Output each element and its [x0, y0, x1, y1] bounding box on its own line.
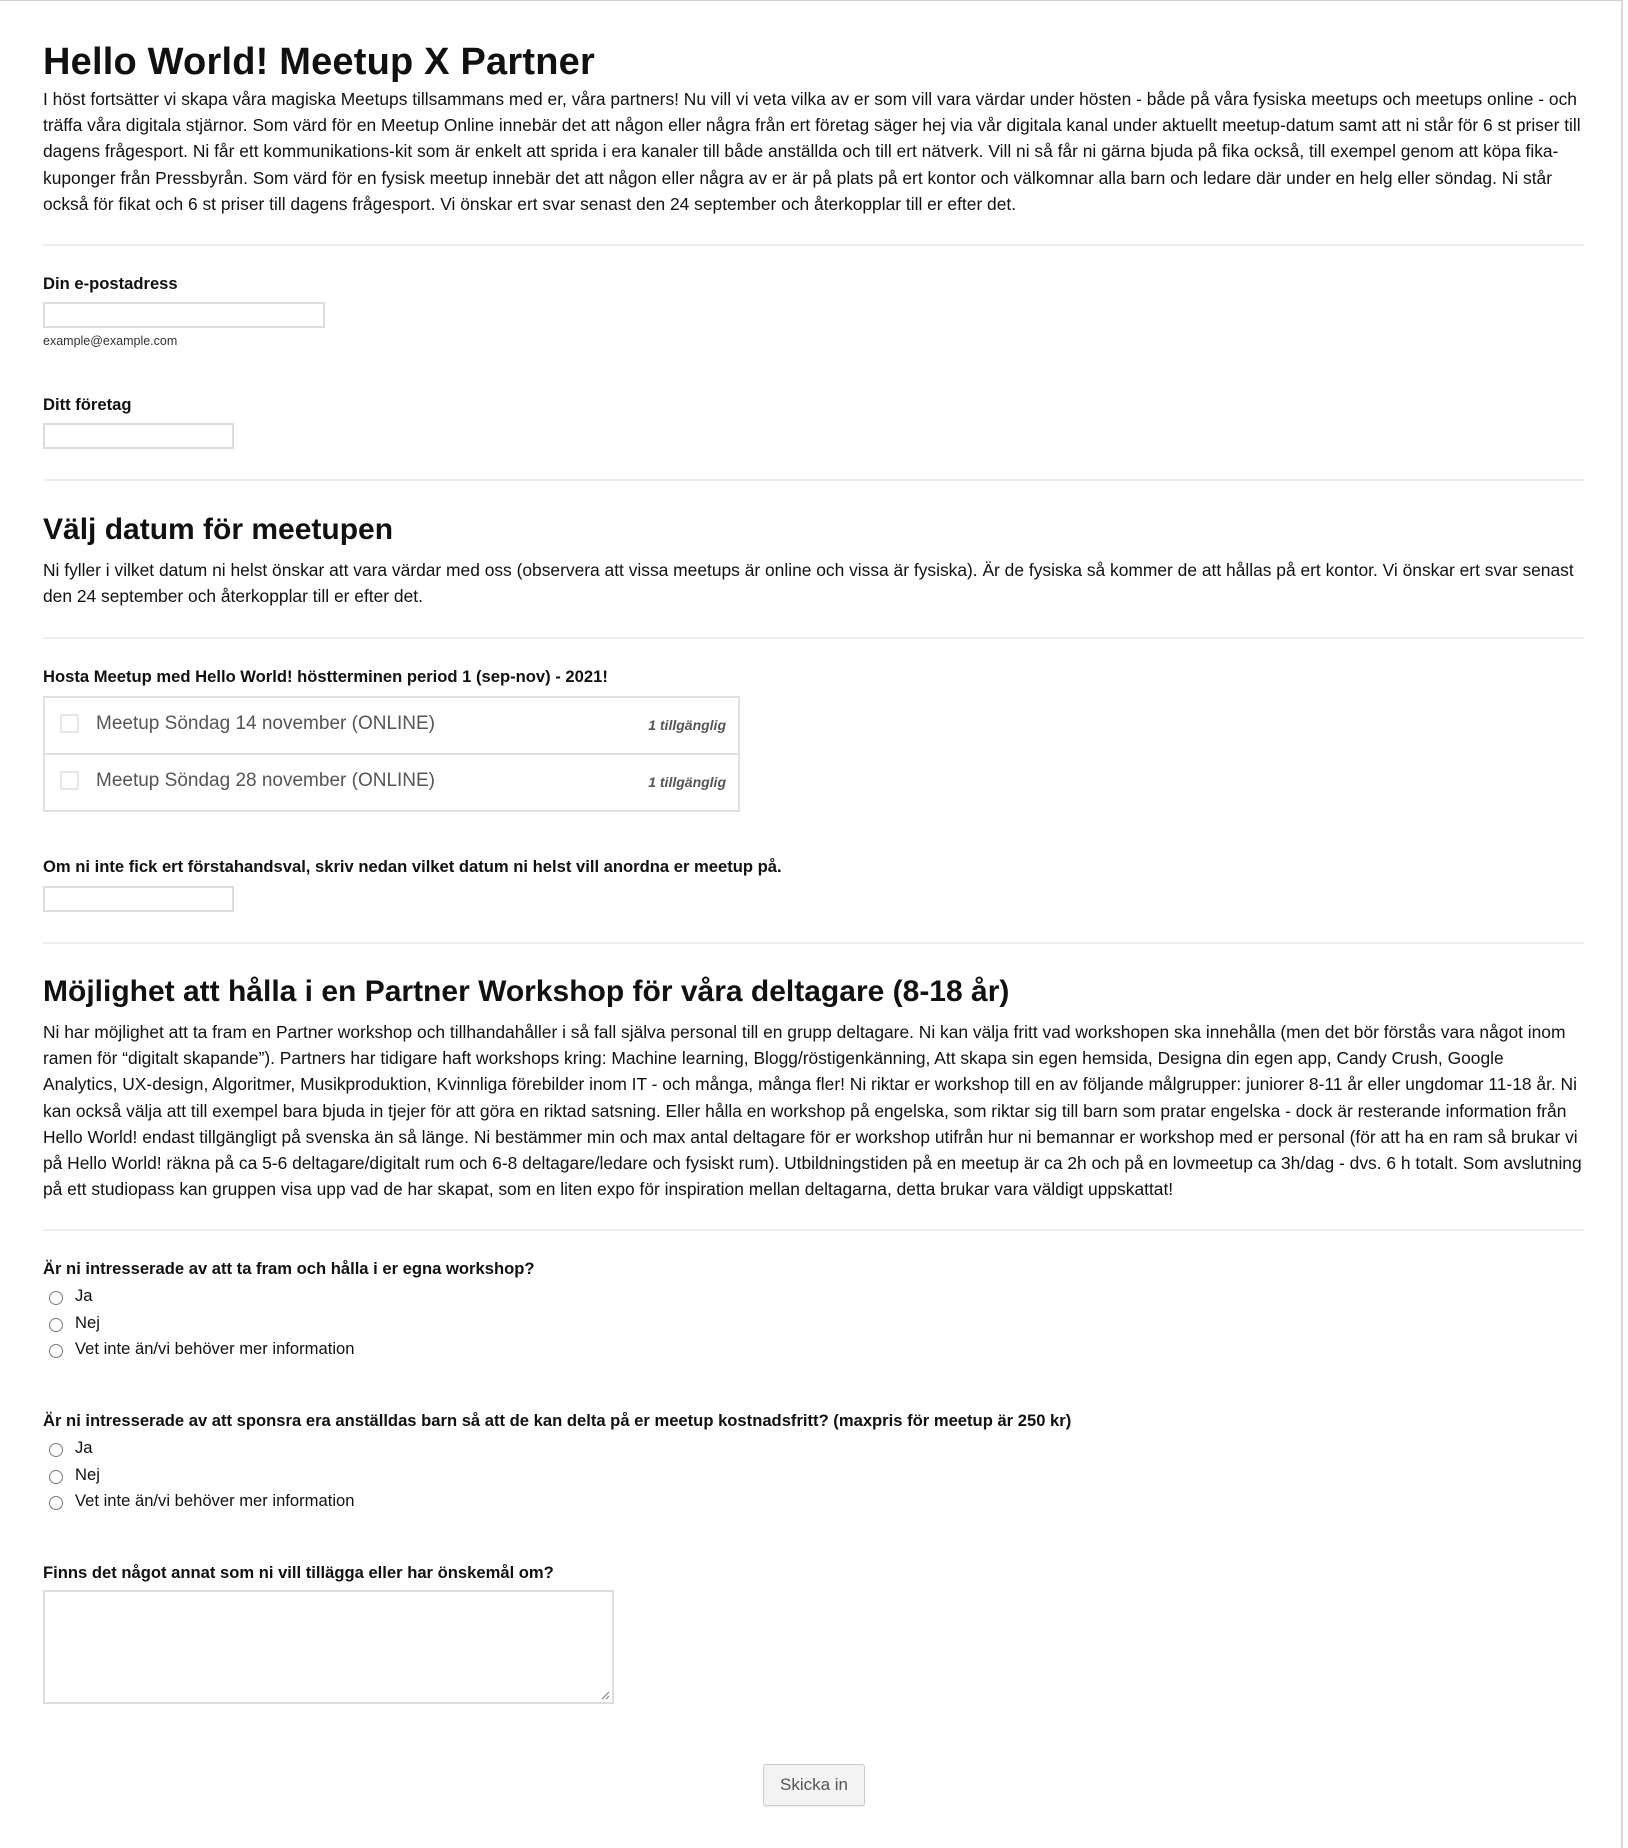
intro-line: träffa våra digitala stjärnor. Som värd …	[43, 112, 1581, 138]
comments-label: Finns det något annat som ni vill tilläg…	[43, 1563, 554, 1583]
workshop-desc-line: Ni har möjlighet att ta fram en Partner …	[43, 1019, 1582, 1045]
date-option[interactable]: Meetup Söndag 14 november (ONLINE) 1 til…	[45, 698, 738, 755]
workshop-desc-line: Analytics, UX-design, Algoritmer, Musikp…	[43, 1071, 1582, 1097]
radio-option[interactable]: Nej	[43, 1464, 643, 1491]
workshop-desc-line: kan också välja att till exempel bara bj…	[43, 1098, 1582, 1124]
sponsor-question-options: Ja Nej Vet inte än/vi behöver mer inform…	[43, 1437, 643, 1517]
date-option-label[interactable]: Meetup Söndag 28 november (ONLINE)	[96, 770, 435, 792]
radio-option[interactable]: Vet inte än/vi behöver mer information	[43, 1338, 643, 1365]
company-field[interactable]	[43, 423, 234, 449]
radio-option[interactable]: Ja	[43, 1285, 643, 1312]
divider	[43, 479, 1584, 481]
date-option[interactable]: Meetup Söndag 28 november (ONLINE) 1 til…	[45, 755, 738, 812]
workshop-description: Ni har möjlighet att ta fram en Partner …	[43, 1019, 1582, 1202]
availability-badge: 1 tillgänglig	[648, 774, 726, 790]
radio-label[interactable]: Nej	[75, 1465, 100, 1485]
radio-label[interactable]: Vet inte än/vi behöver mer information	[75, 1491, 354, 1511]
workshop-question-label: Är ni intresserade av att ta fram och hå…	[43, 1259, 535, 1279]
date-option-label[interactable]: Meetup Söndag 14 november (ONLINE)	[96, 713, 435, 735]
page-title: Hello World! Meetup X Partner	[43, 41, 595, 84]
availability-badge: 1 tillgänglig	[648, 717, 726, 733]
workshop-question-options: Ja Nej Vet inte än/vi behöver mer inform…	[43, 1285, 643, 1365]
alt-date-label: Om ni inte fick ert förstahandsval, skri…	[43, 857, 782, 877]
workshop-desc-line: ramen för “digitalt skapande”). Partners…	[43, 1045, 1582, 1071]
radio-option[interactable]: Ja	[43, 1437, 643, 1464]
dates-desc-line: den 24 september och återkopplar till er…	[43, 583, 1574, 609]
workshop-heading: Möjlighet att hålla i en Partner Worksho…	[43, 975, 1009, 1009]
radio-button[interactable]	[49, 1344, 63, 1358]
workshop-desc-line: på Hello World! räkna på ca 5-6 deltagar…	[43, 1150, 1582, 1176]
dates-description: Ni fyller i vilket datum ni helst önskar…	[43, 557, 1574, 609]
radio-label[interactable]: Vet inte än/vi behöver mer information	[75, 1339, 354, 1359]
checkbox[interactable]	[60, 714, 79, 733]
alt-date-field[interactable]	[43, 886, 234, 912]
resize-handle-icon[interactable]	[600, 1690, 610, 1700]
divider	[43, 1229, 1584, 1231]
divider	[43, 637, 1584, 639]
company-label: Ditt företag	[43, 395, 132, 415]
radio-label[interactable]: Ja	[75, 1286, 93, 1306]
radio-button[interactable]	[49, 1318, 63, 1332]
date-options: Meetup Söndag 14 november (ONLINE) 1 til…	[43, 696, 740, 812]
dates-desc-line: Ni fyller i vilket datum ni helst önskar…	[43, 557, 1574, 583]
intro-text: I höst fortsätter vi skapa våra magiska …	[43, 86, 1581, 217]
radio-option[interactable]: Vet inte än/vi behöver mer information	[43, 1490, 643, 1517]
date-group-label: Hosta Meetup med Hello World! hösttermin…	[43, 667, 608, 687]
radio-button[interactable]	[49, 1443, 63, 1457]
radio-label[interactable]: Ja	[75, 1438, 93, 1458]
intro-line: I höst fortsätter vi skapa våra magiska …	[43, 86, 1581, 112]
radio-button[interactable]	[49, 1291, 63, 1305]
radio-button[interactable]	[49, 1470, 63, 1484]
radio-option[interactable]: Nej	[43, 1312, 643, 1339]
intro-line: dagens frågesport. Ni får ett kommunikat…	[43, 138, 1581, 164]
email-field[interactable]	[43, 302, 325, 328]
intro-line: också för fikat och 6 st priser till dag…	[43, 191, 1581, 217]
radio-label[interactable]: Nej	[75, 1313, 100, 1333]
comments-textarea[interactable]	[43, 1590, 614, 1704]
email-label: Din e-postadress	[43, 274, 178, 294]
submit-button[interactable]: Skicka in	[763, 1764, 865, 1806]
email-sublabel: example@example.com	[43, 334, 177, 348]
workshop-desc-line: Hello World! endast tillgängligt på sven…	[43, 1124, 1582, 1150]
dates-heading: Välj datum för meetupen	[43, 513, 393, 547]
checkbox[interactable]	[60, 771, 79, 790]
sponsor-question-label: Är ni intresserade av att sponsra era an…	[43, 1411, 1071, 1431]
intro-line: kuponger från Pressbyrån. Som värd för e…	[43, 165, 1581, 191]
divider	[43, 244, 1584, 246]
workshop-desc-line: på ett studiopass kan gruppen visa upp v…	[43, 1176, 1582, 1202]
divider	[43, 942, 1584, 944]
radio-button[interactable]	[49, 1496, 63, 1510]
